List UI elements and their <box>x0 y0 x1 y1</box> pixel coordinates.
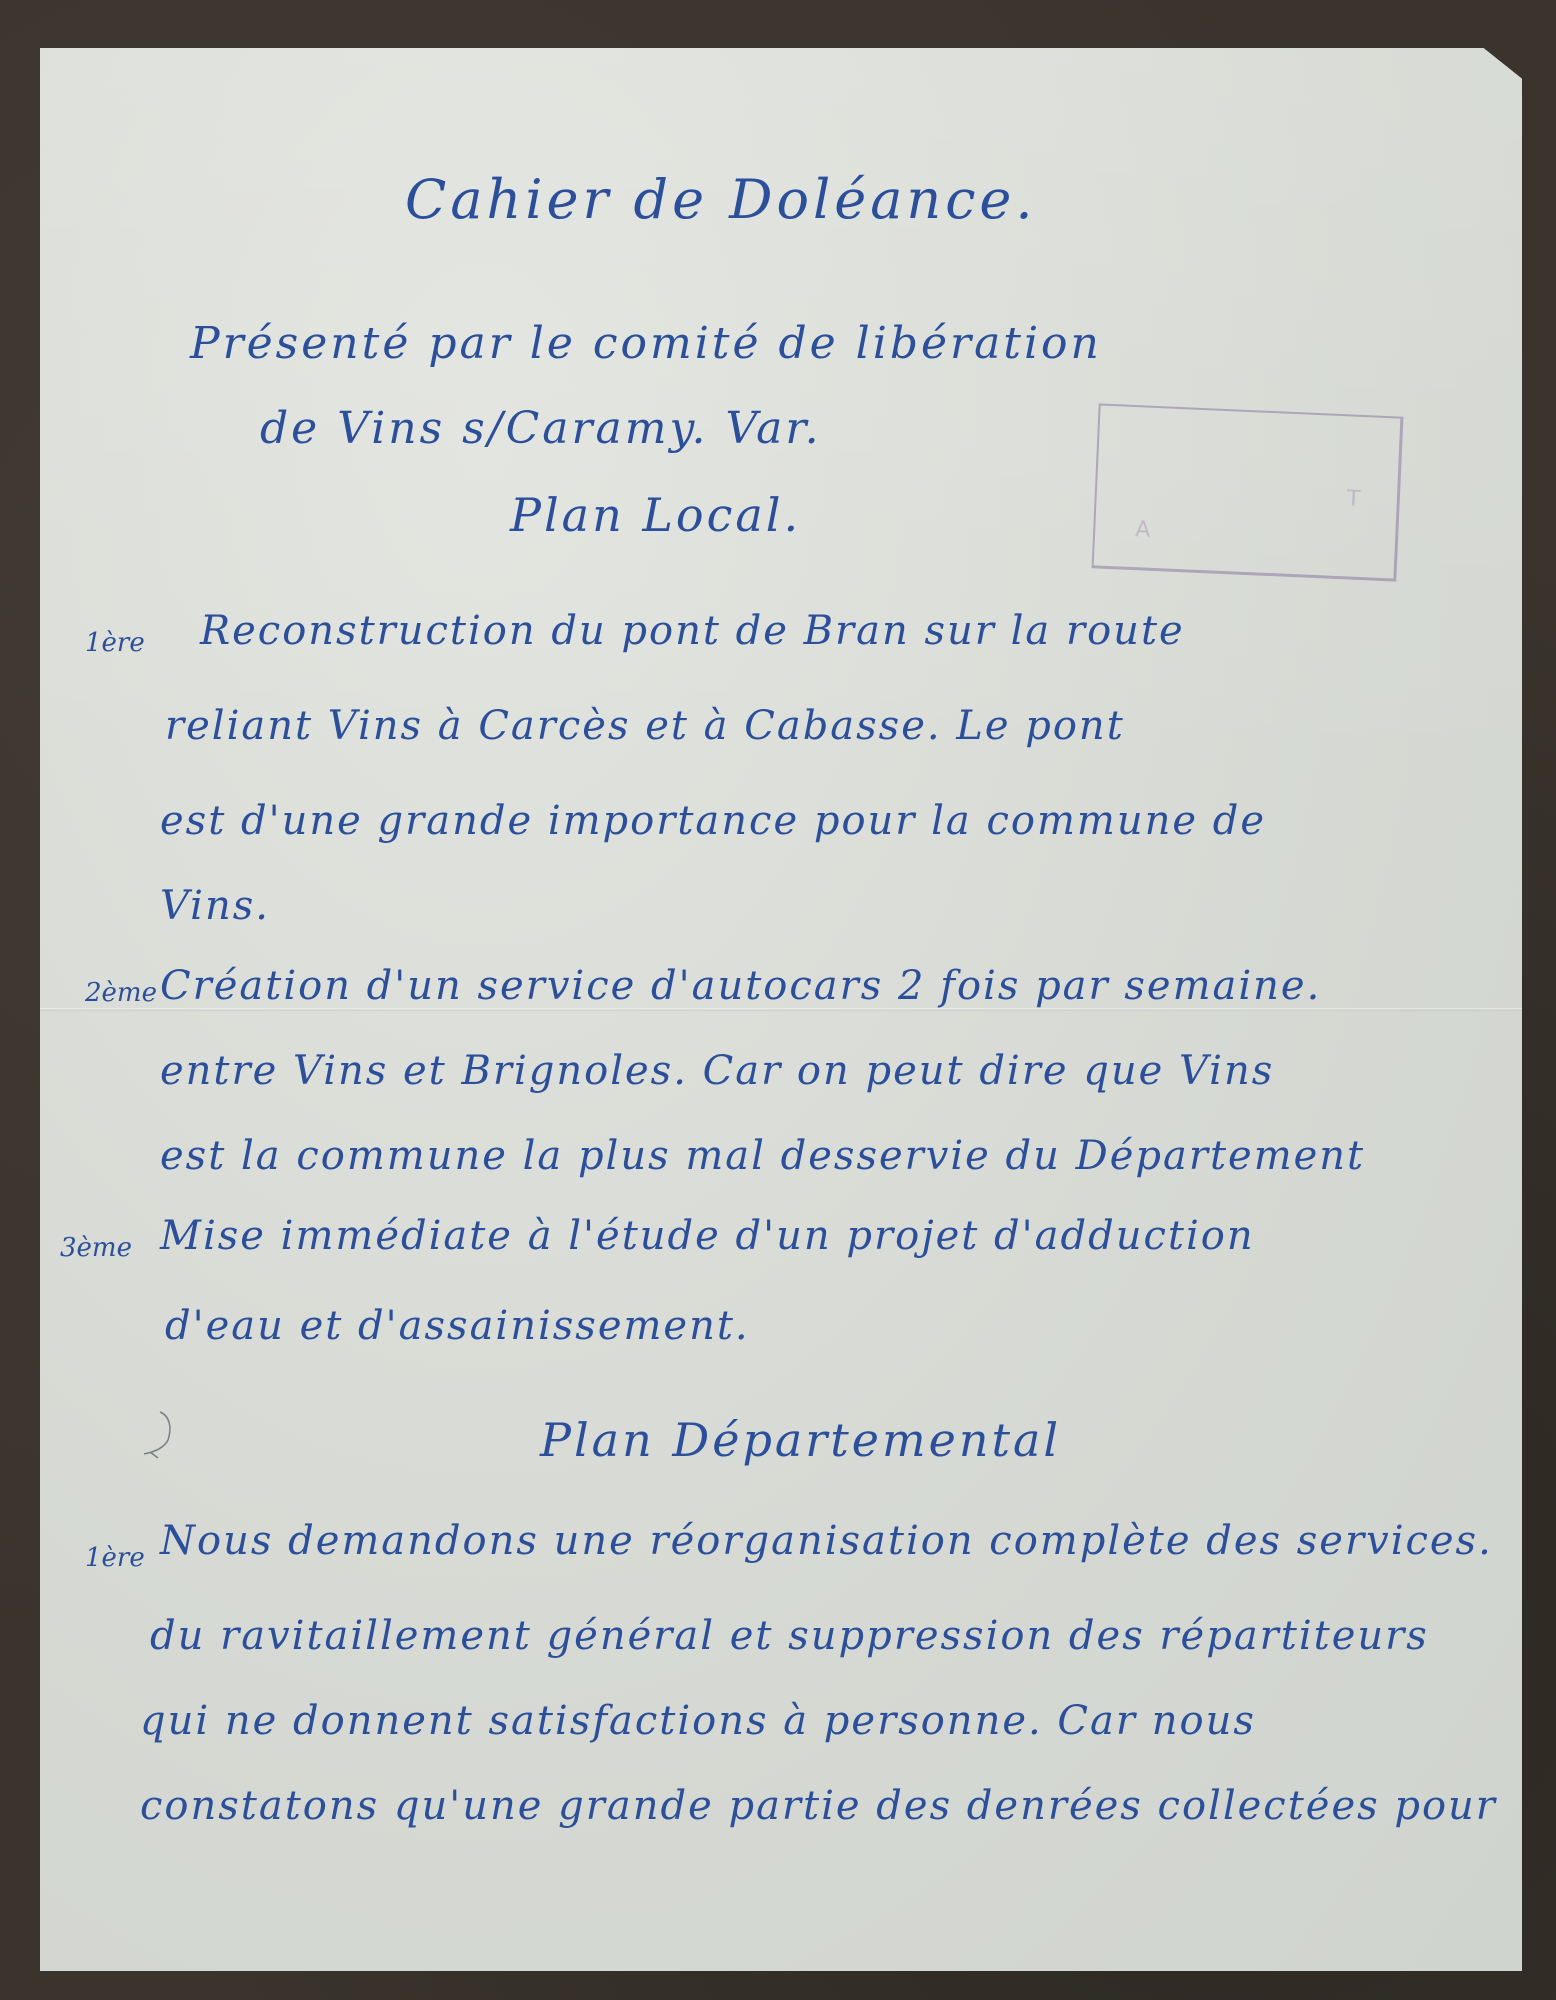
stamp-fragment: A <box>1135 517 1151 543</box>
margin-doodle <box>140 1408 200 1468</box>
item-line: Nous demandons une réorganisation complè… <box>160 1518 1493 1564</box>
item-number: 3ème <box>60 1233 132 1263</box>
item-line: qui ne donnent satisfactions à personne.… <box>140 1698 1256 1744</box>
document-title: Cahier de Doléance. <box>405 168 1037 231</box>
item-line: Vins. <box>160 883 270 929</box>
item-line: est d'une grande importance pour la comm… <box>160 798 1266 844</box>
presented-by-line-1: Présenté par le comité de libération <box>190 318 1102 369</box>
rubber-stamp: T A <box>1092 403 1404 581</box>
item-line: Création d'un service d'autocars 2 fois … <box>160 963 1321 1009</box>
section-heading-plan-departemental: Plan Départemental <box>540 1413 1061 1467</box>
item-line: constatons qu'une grande partie des denr… <box>140 1783 1497 1829</box>
item-number: 2ème <box>85 978 157 1008</box>
item-line: d'eau et d'assainissement. <box>165 1303 750 1349</box>
item-number: 1ère <box>85 1543 145 1573</box>
item-number: 1ère <box>85 628 145 658</box>
item-line: du ravitaillement général et suppression… <box>150 1613 1429 1659</box>
stamp-fragment: T <box>1346 486 1361 512</box>
section-heading-plan-local: Plan Local. <box>510 488 801 542</box>
item-line: est la commune la plus mal desservie du … <box>160 1133 1365 1179</box>
bleed-through-text <box>1440 248 1530 1648</box>
document-page: T A Cahier de Doléance. Présenté par le … <box>40 48 1522 1971</box>
item-line: Reconstruction du pont de Bran sur la ro… <box>200 608 1185 654</box>
item-line: reliant Vins à Carcès et à Cabasse. Le p… <box>165 703 1125 749</box>
item-line: entre Vins et Brignoles. Car on peut dir… <box>160 1048 1274 1094</box>
item-line: Mise immédiate à l'étude d'un projet d'a… <box>160 1213 1255 1259</box>
presented-by-line-2: de Vins s/Caramy. Var. <box>260 403 822 454</box>
